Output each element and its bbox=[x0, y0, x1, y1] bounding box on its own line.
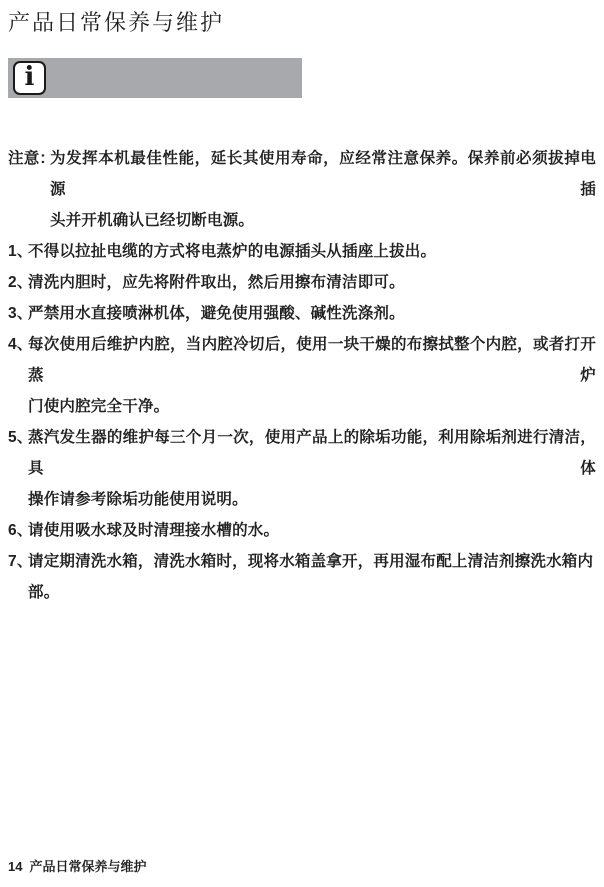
list-item-lines: 请使用吸水球及时清理接水槽的水。 bbox=[28, 515, 596, 546]
note-label: 注意： bbox=[8, 143, 50, 174]
page-title: 产品日常保养与维护 bbox=[8, 0, 596, 36]
maintenance-list: 1、不得以拉扯电缆的方式将电蒸炉的电源插头从插座上拔出。2、清洗内胆时，应先将附… bbox=[8, 236, 596, 608]
list-item: 4、每次使用后维护内腔，当内腔冷切后，使用一块干燥的布擦拭整个内腔，或者打开蒸炉… bbox=[8, 329, 596, 422]
text-line: 清洗内胆时，应先将附件取出，然后用擦布清洁即可。 bbox=[28, 267, 596, 298]
list-item-lines: 请定期清洗水箱，清洗水箱时，现将水箱盖拿开，再用湿布配上清洁剂擦洗水箱内部。 bbox=[28, 546, 596, 608]
list-item: 1、不得以拉扯电缆的方式将电蒸炉的电源插头从插座上拔出。 bbox=[8, 236, 596, 267]
list-item-lines: 不得以拉扯电缆的方式将电蒸炉的电源插头从插座上拔出。 bbox=[28, 236, 596, 267]
list-item-marker: 7、 bbox=[8, 546, 28, 577]
page-number: 14 bbox=[8, 859, 22, 874]
text-line: 蒸汽发生器的维护每三个月一次，使用产品上的除垢功能，利用除垢剂进行清洁，具体 bbox=[28, 422, 596, 484]
text-line: 头并开机确认已经切断电源。 bbox=[50, 205, 596, 236]
info-icon-glyph: i bbox=[25, 64, 35, 90]
list-item: 2、清洗内胆时，应先将附件取出，然后用擦布清洁即可。 bbox=[8, 267, 596, 298]
list-item-lines: 严禁用水直接喷淋机体，避免使用强酸、碱性洗涤剂。 bbox=[28, 298, 596, 329]
text-line: 请定期清洗水箱，清洗水箱时，现将水箱盖拿开，再用湿布配上清洁剂擦洗水箱内部。 bbox=[28, 546, 596, 608]
list-item-lines: 每次使用后维护内腔，当内腔冷切后，使用一块干燥的布擦拭整个内腔，或者打开蒸炉门使… bbox=[28, 329, 596, 422]
text-line: 请使用吸水球及时清理接水槽的水。 bbox=[28, 515, 596, 546]
note-lines: 为发挥本机最佳性能，延长其使用寿命，应经常注意保养。保养前必须拔掉电源插头并开机… bbox=[50, 143, 596, 236]
info-icon: i bbox=[13, 61, 46, 95]
text-line: 不得以拉扯电缆的方式将电蒸炉的电源插头从插座上拔出。 bbox=[28, 236, 596, 267]
manual-page: 产品日常保养与维护 i 注意： 为发挥本机最佳性能，延长其使用寿命，应经常注意保… bbox=[0, 0, 604, 887]
text-line: 为发挥本机最佳性能，延长其使用寿命，应经常注意保养。保养前必须拔掉电源插 bbox=[50, 143, 596, 205]
list-item-marker: 4、 bbox=[8, 329, 28, 360]
list-item-marker: 5、 bbox=[8, 422, 28, 453]
page-footer: 14产品日常保养与维护 bbox=[8, 858, 146, 875]
list-item-marker: 2、 bbox=[8, 267, 28, 298]
list-item: 5、蒸汽发生器的维护每三个月一次，使用产品上的除垢功能，利用除垢剂进行清洁，具体… bbox=[8, 422, 596, 515]
list-item: 3、严禁用水直接喷淋机体，避免使用强酸、碱性洗涤剂。 bbox=[8, 298, 596, 329]
text-line: 严禁用水直接喷淋机体，避免使用强酸、碱性洗涤剂。 bbox=[28, 298, 596, 329]
text-line: 每次使用后维护内腔，当内腔冷切后，使用一块干燥的布擦拭整个内腔，或者打开蒸炉 bbox=[28, 329, 596, 391]
info-banner: i bbox=[8, 58, 302, 98]
list-item-marker: 6、 bbox=[8, 515, 28, 546]
footer-section-title: 产品日常保养与维护 bbox=[29, 859, 146, 874]
list-item-lines: 蒸汽发生器的维护每三个月一次，使用产品上的除垢功能，利用除垢剂进行清洁，具体操作… bbox=[28, 422, 596, 515]
list-item: 6、请使用吸水球及时清理接水槽的水。 bbox=[8, 515, 596, 546]
text-line: 门使内腔完全干净。 bbox=[28, 391, 596, 422]
list-item: 7、请定期清洗水箱，清洗水箱时，现将水箱盖拿开，再用湿布配上清洁剂擦洗水箱内部。 bbox=[8, 546, 596, 608]
list-item-marker: 1、 bbox=[8, 236, 28, 267]
text-line: 操作请参考除垢功能使用说明。 bbox=[28, 484, 596, 515]
list-item-lines: 清洗内胆时，应先将附件取出，然后用擦布清洁即可。 bbox=[28, 267, 596, 298]
list-item-marker: 3、 bbox=[8, 298, 28, 329]
maintenance-content: 注意： 为发挥本机最佳性能，延长其使用寿命，应经常注意保养。保养前必须拔掉电源插… bbox=[8, 143, 596, 608]
note-paragraph: 注意： 为发挥本机最佳性能，延长其使用寿命，应经常注意保养。保养前必须拔掉电源插… bbox=[8, 143, 596, 236]
